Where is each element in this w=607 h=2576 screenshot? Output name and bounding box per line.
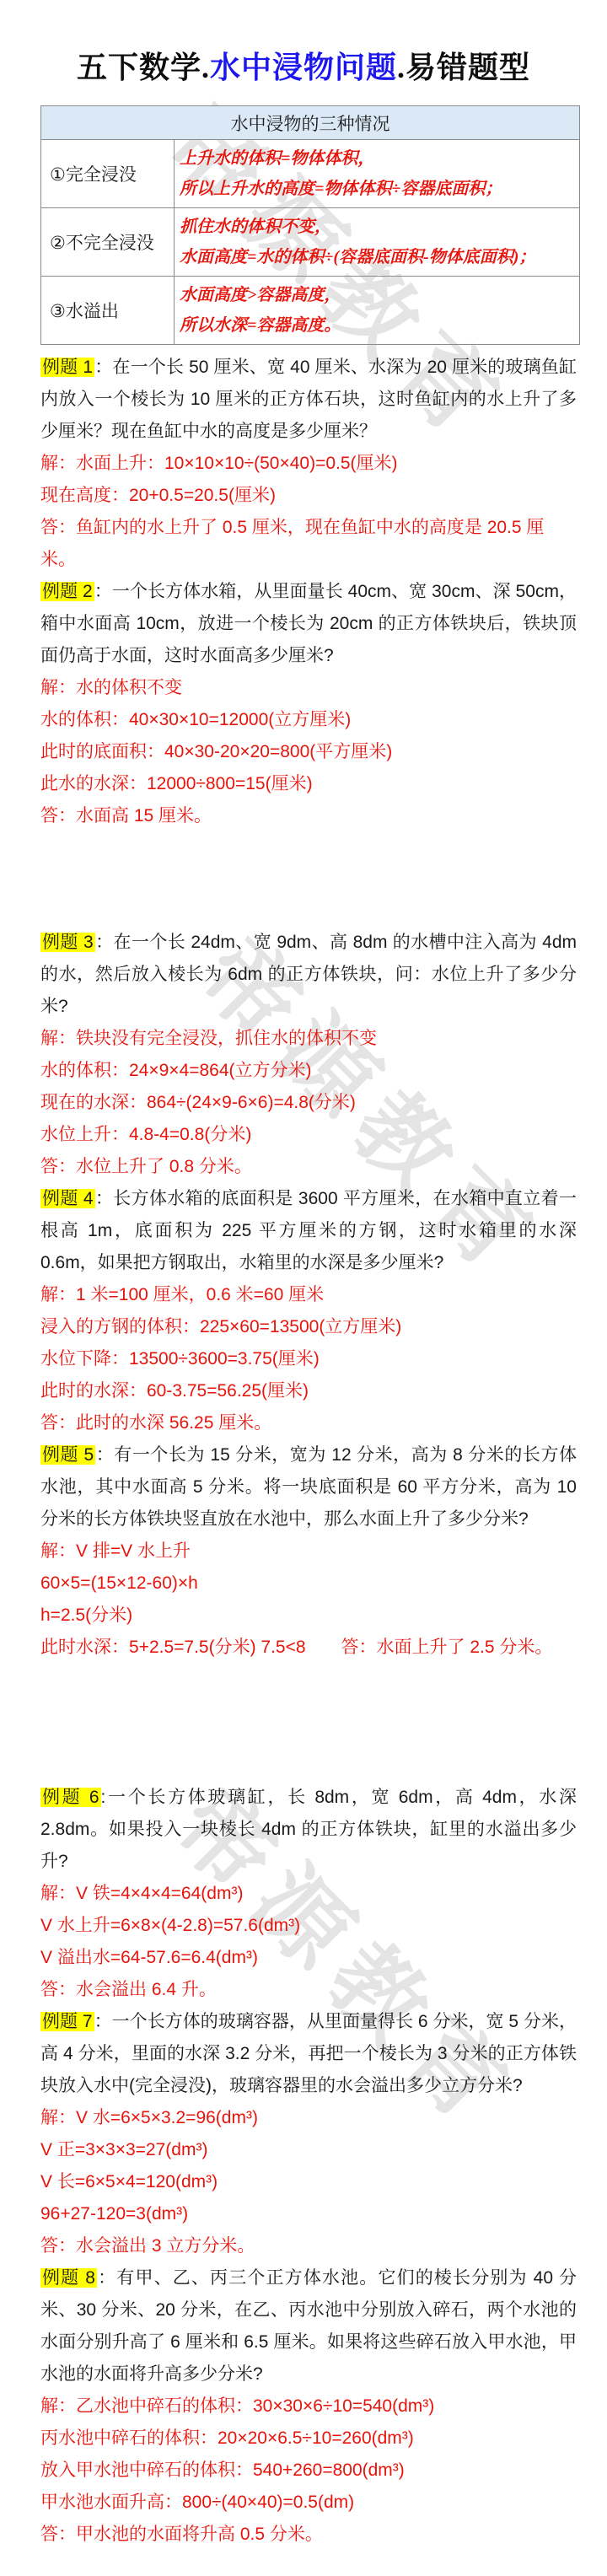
formula-line: 所以上升水的高度=物体体积÷容器底面积；: [180, 174, 574, 204]
example-block: 例题 7：一个长方体的玻璃容器，从里面量得长 6 分米，宽 5 分米，高 4 分…: [40, 2006, 577, 2262]
solution-line: 解：铁块没有完全浸没，抓住水的体积不变: [40, 1023, 577, 1055]
example-block: 例题 8：有甲、乙、丙三个正方体水池。它们的棱长分别为 40 分米、30 分米、…: [40, 2262, 577, 2551]
example-label-highlight: 例题 4: [40, 1189, 95, 1208]
formula-line: 水面高度>容器高度，: [180, 280, 574, 310]
example-label-highlight: 例题 6: [40, 1788, 101, 1807]
solution-line: 解：V 排=V 水上升: [40, 1535, 577, 1568]
solution-line: V 水上升=6×8×(4-2.8)=57.6(dm³): [40, 1910, 577, 1942]
example-question: 例题 5：有一个长为 15 分米，宽为 12 分米，高为 8 分米的长方体水池，…: [40, 1439, 577, 1535]
case-formula: 水面高度>容器高度，所以水深=容器高度。: [175, 277, 580, 345]
page-title: 五下数学.水中浸物问题.易错题型: [0, 44, 607, 87]
example-label-highlight: 例题 8: [40, 2268, 97, 2288]
solution-line: 现在的水深：864÷(24×9-6×6)=4.8(分米): [40, 1087, 577, 1119]
table-header: 水中浸物的三种情况: [41, 106, 580, 140]
solution-line: 解：V 铁=4×4×4=64(dm³): [40, 1878, 577, 1910]
solution-line: 解：V 水=6×5×3.2=96(dm³): [40, 2102, 577, 2134]
solution-line: 水位上升：4.8-4=0.8(分米): [40, 1119, 577, 1151]
example-label-highlight: 例题 1: [40, 358, 94, 377]
solution-line: 现在高度：20+0.5=20.5(厘米): [40, 480, 577, 512]
table-row: ②不完全浸没抓住水的体积不变，水面高度=水的体积÷(容器底面积-物体底面积)；: [41, 208, 580, 277]
solution-line: 答：水会溢出 6.4 升。: [40, 1974, 577, 2006]
example-label-highlight: 例题 7: [40, 2012, 94, 2031]
solution-line: 答：鱼缸内的水上升了 0.5 厘米，现在鱼缸中水的高度是 20.5 厘米。: [40, 512, 577, 576]
solution-line: 解：水面上升：10×10×10÷(50×40)=0.5(厘米): [40, 448, 577, 480]
formula-line: 上升水的体积=物体体积，: [180, 143, 574, 174]
solution-line: 此时的水深：60-3.75=56.25(厘米): [40, 1375, 577, 1407]
examples-section: 例题 1：在一个长 50 厘米、宽 40 厘米、水深为 20 厘米的玻璃鱼缸内放…: [40, 352, 577, 2551]
title-part-black-1: 五下数学.: [77, 51, 210, 84]
solution-line: 解：1 米=100 厘米，0.6 米=60 厘米: [40, 1279, 577, 1311]
example-block: 例题 1：在一个长 50 厘米、宽 40 厘米、水深为 20 厘米的玻璃鱼缸内放…: [40, 352, 577, 576]
title-part-black-2: .易错题型: [397, 51, 530, 84]
solution-line: 答：此时的水深 56.25 厘米。: [40, 1407, 577, 1439]
solution-line: 丙水池中碎石的体积：20×20×6.5÷10=260(dm³): [40, 2423, 577, 2455]
example-label-highlight: 例题 5: [40, 1445, 95, 1465]
title-part-blue: 水中浸物问题: [210, 51, 397, 84]
case-label: ③水溢出: [41, 277, 175, 345]
solution-line: 水位下降：13500÷3600=3.75(厘米): [40, 1343, 577, 1375]
solution-line: V 正=3×3×3=27(dm³): [40, 2134, 577, 2166]
solution-line: V 溢出水=64-57.6=6.4(dm³): [40, 1942, 577, 1974]
solution-line: h=2.5(分米): [40, 1600, 577, 1632]
solution-line: V 长=6×5×4=120(dm³): [40, 2166, 577, 2198]
example-question: 例题 2：一个长方体水箱，从里面量长 40cm、宽 30cm、深 50cm，箱中…: [40, 576, 577, 672]
solution-line: 放入甲水池中碎石的体积：540+260=800(dm³): [40, 2455, 577, 2487]
solution-line: 解：乙水池中碎石的体积：30×30×6÷10=540(dm³): [40, 2390, 577, 2423]
example-block: 例题 3：在一个长 24dm、宽 9dm、高 8dm 的水槽中注入高为 4dm …: [40, 927, 577, 1183]
solution-line: 水的体积：24×9×4=864(立方分米): [40, 1055, 577, 1087]
example-question: 例题 3：在一个长 24dm、宽 9dm、高 8dm 的水槽中注入高为 4dm …: [40, 927, 577, 1023]
example-block: 例题 6:一个长方体玻璃缸，长 8dm，宽 6dm，高 4dm，水深 2.8dm…: [40, 1782, 577, 2006]
solution-line: 水的体积：40×30×10=12000(立方厘米): [40, 704, 577, 736]
three-cases-table: 水中浸物的三种情况 ①完全浸没上升水的体积=物体体积，所以上升水的高度=物体体积…: [40, 105, 580, 345]
example-label-highlight: 例题 2: [40, 582, 94, 601]
solution-line: 解：水的体积不变: [40, 672, 577, 704]
table-header-row: 水中浸物的三种情况: [41, 106, 580, 140]
solution-line: 浸入的方钢的体积：225×60=13500(立方厘米): [40, 1311, 577, 1343]
formula-line: 抓住水的体积不变，: [180, 212, 574, 242]
case-formula: 上升水的体积=物体体积，所以上升水的高度=物体体积÷容器底面积；: [175, 140, 580, 208]
formula-line: 水面高度=水的体积÷(容器底面积-物体底面积)；: [180, 242, 574, 272]
solution-line: 此时水深：5+2.5=7.5(分米) 7.5<8 答：水面上升了 2.5 分米。: [40, 1632, 577, 1664]
case-formula: 抓住水的体积不变，水面高度=水的体积÷(容器底面积-物体底面积)；: [175, 208, 580, 277]
formula-line: 所以水深=容器高度。: [180, 310, 574, 341]
example-question: 例题 4：长方体水箱的底面积是 3600 平方厘米，在水箱中直立着一根高 1m，…: [40, 1183, 577, 1279]
example-question: 例题 6:一个长方体玻璃缸，长 8dm，宽 6dm，高 4dm，水深 2.8dm…: [40, 1782, 577, 1878]
solution-line: 甲水池水面升高：800÷(40×40)=0.5(dm): [40, 2487, 577, 2519]
solution-line: 答：水位上升了 0.8 分米。: [40, 1151, 577, 1183]
solution-line: 此时的底面积：40×30-20×20=800(平方厘米): [40, 736, 577, 768]
example-question: 例题 7：一个长方体的玻璃容器，从里面量得长 6 分米，宽 5 分米，高 4 分…: [40, 2006, 577, 2102]
case-label: ②不完全浸没: [41, 208, 175, 277]
example-question: 例题 8：有甲、乙、丙三个正方体水池。它们的棱长分别为 40 分米、30 分米、…: [40, 2262, 577, 2390]
example-block: 例题 2：一个长方体水箱，从里面量长 40cm、宽 30cm、深 50cm，箱中…: [40, 576, 577, 832]
solution-line: 60×5=(15×12-60)×h: [40, 1568, 577, 1600]
solution-line: 此水的水深：12000÷800=15(厘米): [40, 768, 577, 800]
solution-line: 答：甲水池的水面将升高 0.5 分米。: [40, 2519, 577, 2551]
table-row: ③水溢出水面高度>容器高度，所以水深=容器高度。: [41, 277, 580, 345]
table-row: ①完全浸没上升水的体积=物体体积，所以上升水的高度=物体体积÷容器底面积；: [41, 140, 580, 208]
example-block: 例题 4：长方体水箱的底面积是 3600 平方厘米，在水箱中直立着一根高 1m，…: [40, 1183, 577, 1439]
example-label-highlight: 例题 3: [40, 933, 95, 952]
solution-line: 答：水会溢出 3 立方分米。: [40, 2230, 577, 2262]
solution-line: 答：水面高 15 厘米。: [40, 800, 577, 832]
example-block: 例题 5：有一个长为 15 分米，宽为 12 分米，高为 8 分米的长方体水池，…: [40, 1439, 577, 1664]
solution-line: 96+27-120=3(dm³): [40, 2198, 577, 2230]
case-label: ①完全浸没: [41, 140, 175, 208]
example-question: 例题 1：在一个长 50 厘米、宽 40 厘米、水深为 20 厘米的玻璃鱼缸内放…: [40, 352, 577, 448]
worksheet-page: 帝源教育 帝源教育 帝源教育 五下数学.水中浸物问题.易错题型 水中浸物的三种情…: [0, 0, 607, 2576]
